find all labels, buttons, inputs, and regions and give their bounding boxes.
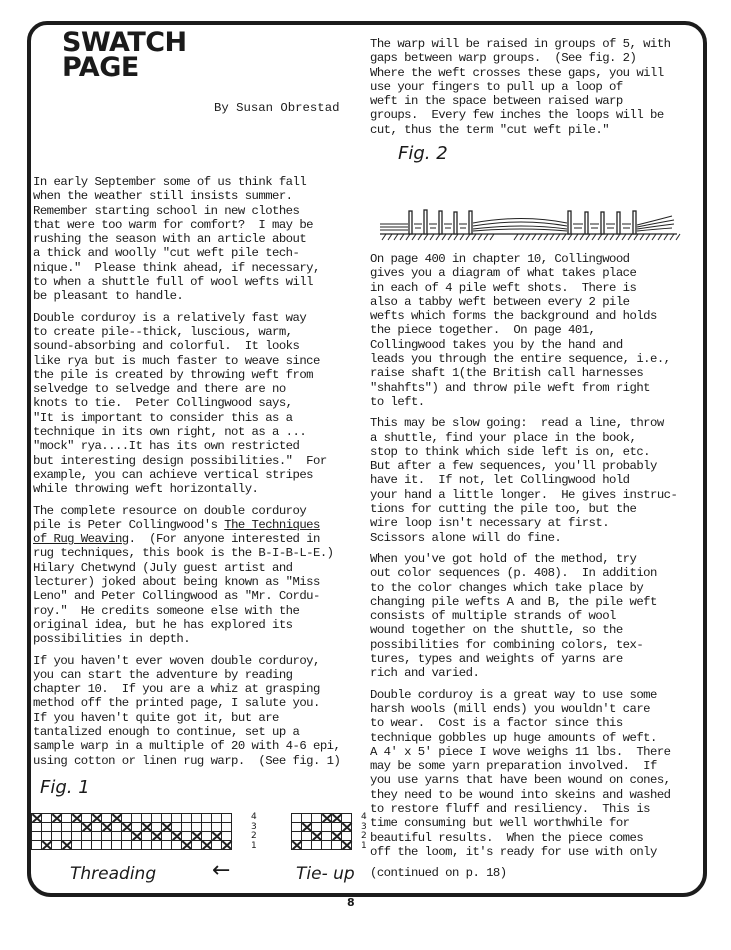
text-line: possibilities in depth.	[33, 632, 340, 646]
grid-cell	[332, 841, 342, 850]
text-line: beautiful results. When the piece comes	[370, 831, 677, 845]
left-column: In early September some of us think fall…	[33, 175, 340, 775]
grid-cell	[92, 814, 102, 823]
text-line: selvedge to selvedge and there are no	[33, 382, 340, 396]
right-column-intro: The warp will be raised in groups of 5, …	[370, 37, 671, 144]
text-line: raise shaft 1(the British call harnesses	[370, 366, 677, 380]
paragraph: (continued on p. 18)	[370, 866, 677, 880]
text-line: to restore fluff and resiliency. This is	[370, 802, 677, 816]
grid-cell	[142, 841, 152, 850]
grid-cell	[72, 841, 82, 850]
text-line: If you haven't ever woven double corduro…	[33, 654, 340, 668]
grid-cell	[212, 814, 222, 823]
grid-cell	[102, 841, 112, 850]
text-line: Double corduroy is a great way to use so…	[370, 688, 677, 702]
text-line: Remember starting school in new clothes	[33, 204, 340, 218]
grid-cell	[322, 814, 332, 823]
paragraph: The complete resource on double corduroy…	[33, 504, 340, 647]
grid-cell	[152, 832, 162, 841]
text-line: Leno" and Peter Collingwood as "Mr. Cord…	[33, 589, 340, 603]
threading-draft-grid	[31, 813, 232, 850]
grid-cell	[92, 841, 102, 850]
grid-cell	[342, 814, 352, 823]
grid-cell	[182, 823, 192, 832]
grid-cell	[322, 832, 332, 841]
text-line: using cotton or linen rug warp. (See fig…	[33, 754, 340, 768]
text-line: The complete resource on double corduroy	[33, 504, 340, 518]
text-line: but interesting design possibilities." F…	[33, 454, 340, 468]
threading-label: Threading	[70, 864, 156, 884]
text-line: a thick and woolly "cut weft pile tech-	[33, 246, 340, 260]
fig2-label: Fig. 2	[398, 143, 448, 164]
grid-cell	[92, 832, 102, 841]
grid-cell	[162, 841, 172, 850]
text-line: Where the weft crosses these gaps, you w…	[370, 66, 671, 80]
text-line: the pile is created by throwing weft fro…	[33, 368, 340, 382]
byline: By Susan Obrestad	[214, 101, 339, 115]
text-line: leads you through the entire sequence, i…	[370, 352, 677, 366]
grid-cell	[222, 832, 232, 841]
grid-cell	[332, 823, 342, 832]
grid-cell	[222, 814, 232, 823]
text-line: also a tabby weft between every 2 pile	[370, 295, 677, 309]
text-line: rushing the season with an article about	[33, 232, 340, 246]
grid-cell	[132, 823, 142, 832]
grid-cell	[172, 832, 182, 841]
grid-cell	[42, 823, 52, 832]
text-line: In early September some of us think fall	[33, 175, 340, 189]
grid-cell	[92, 823, 102, 832]
grid-cell	[192, 841, 202, 850]
grid-cell	[102, 832, 112, 841]
text-line: to the color changes which take place by	[370, 581, 677, 595]
text-line: lecturer) joked about being known as "Mi…	[33, 575, 340, 589]
grid-cell	[62, 823, 72, 832]
grid-cell	[302, 841, 312, 850]
grid-cell	[342, 823, 352, 832]
text-line: consists of multiple strands of wool	[370, 609, 677, 623]
grid-cell	[322, 841, 332, 850]
grid-cell	[112, 841, 122, 850]
grid-cell	[82, 814, 92, 823]
grid-cell	[62, 841, 72, 850]
text-line: If you haven't quite got it, but are	[33, 711, 340, 725]
grid-cell	[312, 823, 322, 832]
grid-cell	[112, 823, 122, 832]
page-number: 8	[347, 896, 355, 909]
grid-cell	[82, 823, 92, 832]
grid-cell	[72, 814, 82, 823]
grid-cell	[202, 832, 212, 841]
grid-cell	[62, 814, 72, 823]
text-line: stop to think which side left is on, etc…	[370, 445, 677, 459]
text-line: wefts which forms the background and hol…	[370, 309, 677, 323]
grid-cell	[332, 814, 342, 823]
text-line: (continued on p. 18)	[370, 866, 677, 880]
grid-cell	[162, 832, 172, 841]
text-line: wire loop isn't necessary at first.	[370, 516, 677, 530]
grid-cell	[172, 814, 182, 823]
grid-cell	[132, 814, 142, 823]
book-title: The Techniques	[224, 518, 320, 532]
grid-cell	[72, 832, 82, 841]
text-line: knots to tie. Peter Collingwood says,	[33, 396, 340, 410]
text-line: groups. Every few inches the loops will …	[370, 108, 671, 122]
grid-cell	[192, 823, 202, 832]
text-line: Collingwood takes you by the hand and	[370, 338, 677, 352]
grid-cell	[332, 832, 342, 841]
grid-cell	[32, 823, 42, 832]
grid-cell	[212, 823, 222, 832]
text-line: technique in its own right, not as a ...	[33, 425, 340, 439]
grid-cell	[82, 841, 92, 850]
text-line: wound together on the shuttle, so the	[370, 623, 677, 637]
grid-cell	[312, 814, 322, 823]
grid-cell	[42, 814, 52, 823]
paragraph: On page 400 in chapter 10, Collingwoodgi…	[370, 252, 677, 409]
paragraph: Double corduroy is a relatively fast way…	[33, 311, 340, 497]
grid-cell	[42, 832, 52, 841]
grid-cell	[142, 832, 152, 841]
page-title: SWATCH PAGE	[62, 30, 187, 80]
grid-cell	[342, 832, 352, 841]
grid-cell	[112, 832, 122, 841]
grid-cell	[342, 841, 352, 850]
grid-cell	[202, 814, 212, 823]
text-line: "It is important to consider this as a	[33, 411, 340, 425]
text-line: to when a shuttle full of wool wefts wil…	[33, 275, 340, 289]
text-line: use your fingers to pull up a loop of	[370, 80, 671, 94]
grid-cell	[212, 841, 222, 850]
paragraph: In early September some of us think fall…	[33, 175, 340, 304]
fig1-label: Fig. 1	[40, 777, 90, 798]
paragraph: Double corduroy is a great way to use so…	[370, 688, 677, 860]
grid-cell	[52, 841, 62, 850]
text-line: A 4' x 5' piece I wove weighs 11 lbs. Th…	[370, 745, 677, 759]
grid-cell	[322, 823, 332, 832]
text-line: When you've got hold of the method, try	[370, 552, 677, 566]
text-line: when the weather still insists summer.	[33, 189, 340, 203]
grid-cell	[132, 841, 142, 850]
text-line: to left.	[370, 395, 677, 409]
grid-cell	[152, 823, 162, 832]
grid-cell	[42, 841, 52, 850]
text-line: cut, thus the term "cut weft pile."	[370, 123, 671, 137]
text-line: nique." Please think ahead, if necessary…	[33, 261, 340, 275]
text-line: chapter 10. If you are a whiz at graspin…	[33, 682, 340, 696]
right-column: On page 400 in chapter 10, Collingwoodgi…	[370, 252, 677, 887]
grid-cell	[52, 832, 62, 841]
arrow-left-icon: ←	[212, 858, 230, 883]
grid-cell	[122, 814, 132, 823]
grid-cell	[312, 841, 322, 850]
grid-cell	[312, 832, 322, 841]
grid-cell	[182, 832, 192, 841]
row-number: 1	[251, 842, 257, 852]
grid-cell	[142, 823, 152, 832]
grid-cell	[62, 832, 72, 841]
grid-cell	[32, 814, 42, 823]
text-line: But after a few sequences, you'll probab…	[370, 459, 677, 473]
text-line: off the loom, it's ready for use with on…	[370, 845, 677, 859]
text-line: original idea, but he has explored its	[33, 618, 340, 632]
grid-cell	[222, 823, 232, 832]
text-line: of Rug Weaving. (For anyone interested i…	[33, 532, 340, 546]
grid-cell	[302, 814, 312, 823]
text-line: tures, types and weights of yarns are	[370, 652, 677, 666]
grid-cell	[122, 823, 132, 832]
tieup-label: Tie- up	[296, 864, 355, 884]
text-line: The warp will be raised in groups of 5, …	[370, 37, 671, 51]
grid-cell	[292, 823, 302, 832]
text-line: "mock" rya....It has its own restricted	[33, 439, 340, 453]
fig2-warp-diagram	[372, 196, 682, 242]
grid-cell	[302, 823, 312, 832]
text-line: you can start the adventure by reading	[33, 668, 340, 682]
text-line: This may be slow going: read a line, thr…	[370, 416, 677, 430]
text-line: time consuming but well worthwhile for	[370, 816, 677, 830]
text-line: gives you a diagram of what takes place	[370, 266, 677, 280]
text-line: possibilities for combining colors, tex-	[370, 638, 677, 652]
text-line: On page 400 in chapter 10, Collingwood	[370, 252, 677, 266]
text-line: example, you can achieve vertical stripe…	[33, 468, 340, 482]
paragraph: The warp will be raised in groups of 5, …	[370, 37, 671, 137]
grid-cell	[152, 814, 162, 823]
text-line: your hand a little longer. He gives inst…	[370, 488, 677, 502]
grid-cell	[192, 832, 202, 841]
grid-cell	[122, 841, 132, 850]
text-line: be pleasant to handle.	[33, 289, 340, 303]
tieup-row-numbers: 4 3 2 1	[361, 813, 367, 851]
paragraph: If you haven't ever woven double corduro…	[33, 654, 340, 768]
text-line: have it. If not, let Collingwood hold	[370, 473, 677, 487]
text-line: that were too warm for comfort? I may be	[33, 218, 340, 232]
text-line: sample warp in a multiple of 20 with 4-6…	[33, 739, 340, 753]
grid-cell	[172, 823, 182, 832]
text-line: tantalized enough to continue, set up a	[33, 725, 340, 739]
text-line: to wear. Cost is a factor since this	[370, 716, 677, 730]
text-line: a shuttle, find your place in the book,	[370, 431, 677, 445]
text-line: like rya but is much faster to weave sin…	[33, 354, 340, 368]
text-line: in each of 4 pile weft shots. There is	[370, 281, 677, 295]
text-line: Double corduroy is a relatively fast way	[33, 311, 340, 325]
grid-cell	[202, 841, 212, 850]
title-line-2: PAGE	[62, 55, 187, 80]
text-line: "shahfts") and throw pile weft from righ…	[370, 381, 677, 395]
grid-cell	[192, 814, 202, 823]
text-line: gaps between warp groups. (See fig. 2)	[370, 51, 671, 65]
text-line: roy." He credits someone else with the	[33, 604, 340, 618]
text-line: while throwing weft horizontally.	[33, 482, 340, 496]
grid-cell	[152, 841, 162, 850]
text-line: out color sequences (p. 408). In additio…	[370, 566, 677, 580]
text-line: to create pile--thick, luscious, warm,	[33, 325, 340, 339]
grid-cell	[102, 814, 112, 823]
text-line: harsh wools (mill ends) you wouldn't car…	[370, 702, 677, 716]
grid-cell	[222, 841, 232, 850]
grid-cell	[32, 841, 42, 850]
grid-cell	[292, 841, 302, 850]
text-line: pile is Peter Collingwood's The Techniqu…	[33, 518, 340, 532]
grid-cell	[132, 832, 142, 841]
text-line: may be some yarn preparation involved. I…	[370, 759, 677, 773]
row-number: 1	[361, 842, 367, 852]
grid-cell	[212, 832, 222, 841]
text-line: tions for cutting the pile too, but the	[370, 502, 677, 516]
text-line: changing pile wefts A and B, the pile we…	[370, 595, 677, 609]
text-line: the piece together. On page 401,	[370, 323, 677, 337]
grid-cell	[72, 823, 82, 832]
grid-cell	[32, 832, 42, 841]
grid-cell	[82, 832, 92, 841]
text-line: method off the printed page, I salute yo…	[33, 696, 340, 710]
grid-cell	[112, 814, 122, 823]
threading-row-numbers: 4 3 2 1	[251, 813, 257, 851]
grid-cell	[162, 814, 172, 823]
grid-cell	[302, 832, 312, 841]
grid-cell	[182, 814, 192, 823]
grid-cell	[202, 823, 212, 832]
grid-cell	[292, 832, 302, 841]
paragraph: This may be slow going: read a line, thr…	[370, 416, 677, 545]
tieup-grid	[291, 813, 352, 850]
grid-cell	[52, 814, 62, 823]
grid-cell	[102, 823, 112, 832]
text-line: you use yarns that have been wound on co…	[370, 773, 677, 787]
grid-cell	[142, 814, 152, 823]
grid-cell	[182, 841, 192, 850]
grid-cell	[52, 823, 62, 832]
grid-cell	[122, 832, 132, 841]
text-line: sound-absorbing and colorful. It looks	[33, 339, 340, 353]
grid-cell	[292, 814, 302, 823]
book-title: of Rug Weaving	[33, 532, 129, 546]
grid-cell	[162, 823, 172, 832]
text-line: they need to be wound into skeins and wa…	[370, 788, 677, 802]
text-line: technique gobbles up huge amounts of wef…	[370, 731, 677, 745]
text-line: rug techniques, this book is the B-I-B-L…	[33, 546, 340, 560]
text-line: Hilary Chetwynd (July guest artist and	[33, 561, 340, 575]
text-line: Scissors alone will do fine.	[370, 531, 677, 545]
grid-cell	[172, 841, 182, 850]
paragraph: When you've got hold of the method, tryo…	[370, 552, 677, 681]
text-line: weft in the space between raised warp	[370, 94, 671, 108]
text-line: rich and varied.	[370, 666, 677, 680]
